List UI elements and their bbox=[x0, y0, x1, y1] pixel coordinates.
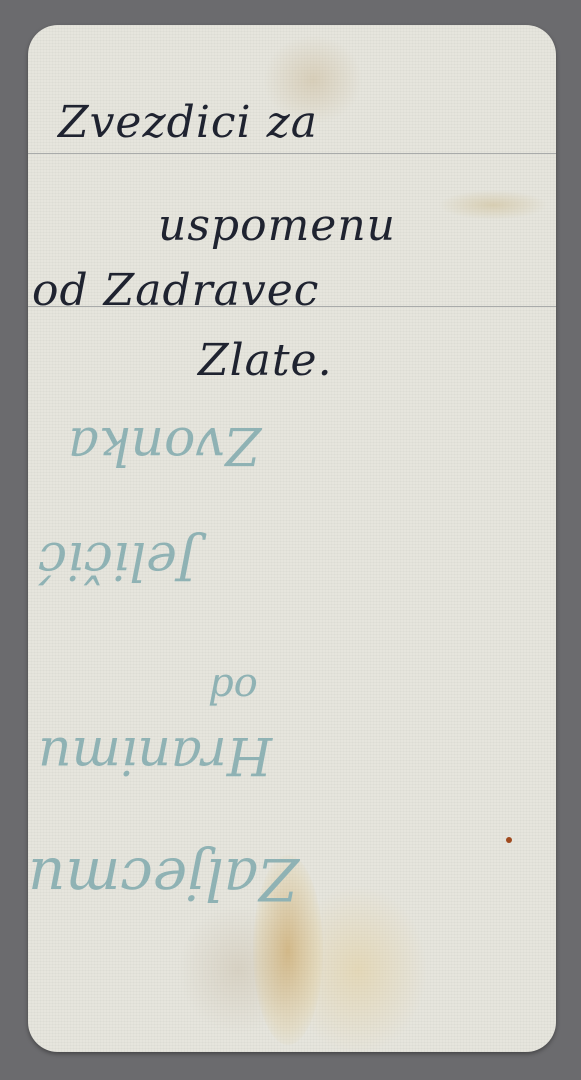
dedication-line-1: Zvezdici za bbox=[58, 97, 318, 148]
handwritten-card: Zvezdici za uspomenu od Zadravec Zlate. … bbox=[28, 25, 556, 1052]
inverted-line-1: Zvonka bbox=[68, 415, 261, 475]
dedication-line-3: od Zadravec bbox=[32, 265, 319, 316]
inverted-line-4: Hranimu bbox=[38, 725, 272, 785]
ink-spot bbox=[506, 837, 512, 843]
dedication-line-2: uspomenu bbox=[158, 200, 396, 251]
ruled-line bbox=[28, 153, 556, 154]
stain bbox=[438, 190, 548, 220]
inverted-line-3: od bbox=[208, 665, 258, 711]
inverted-line-5: Zaljecmu bbox=[28, 845, 299, 913]
inverted-line-2: Jeličić bbox=[38, 530, 198, 590]
dedication-line-4: Zlate. bbox=[198, 335, 333, 386]
